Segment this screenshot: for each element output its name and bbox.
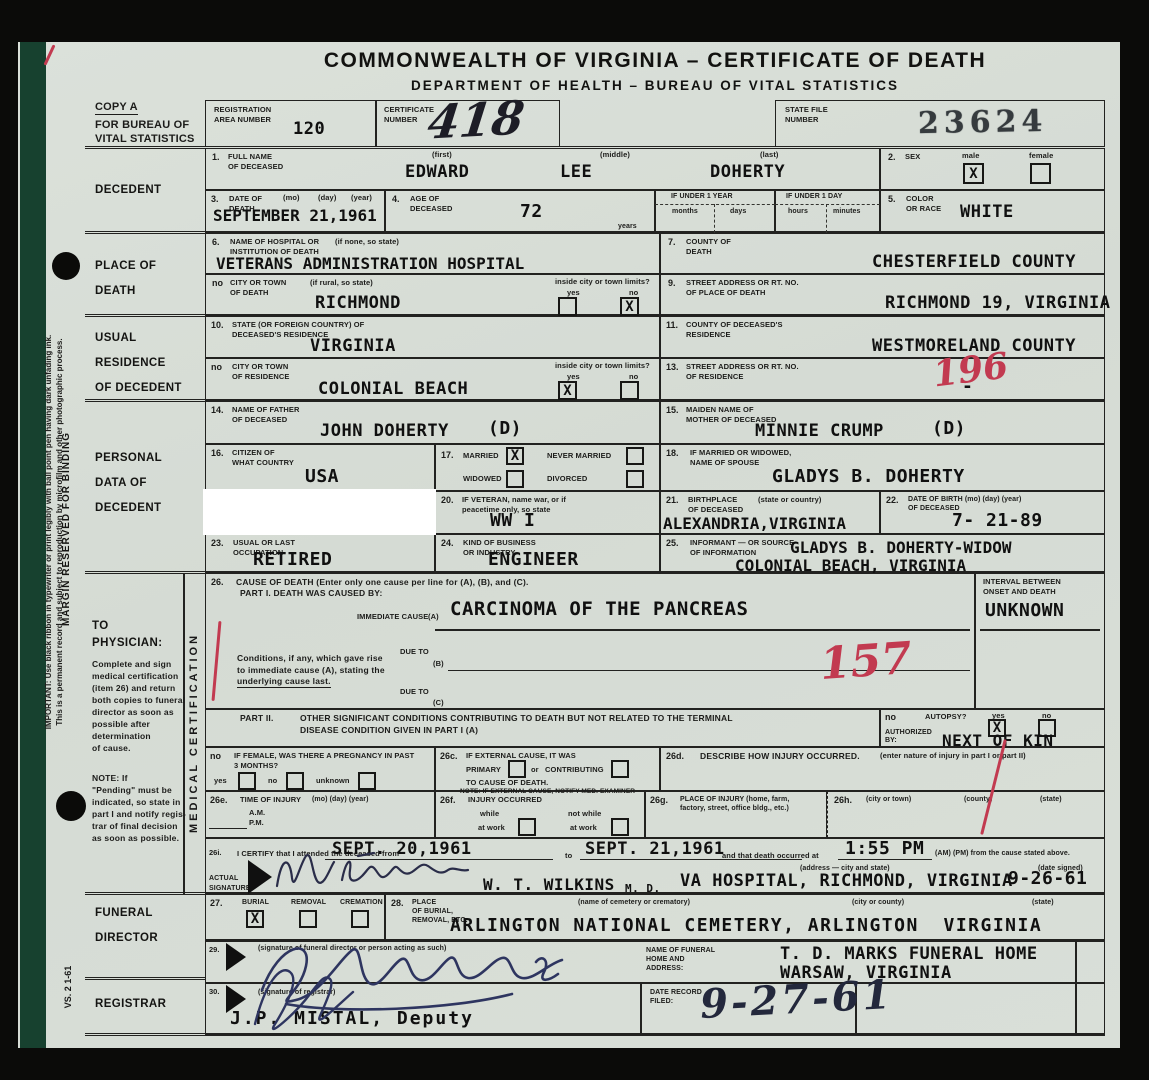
place-of-injury-label: PLACE OF INJURY (home, farm, factory, st… xyxy=(680,795,789,813)
field-17-number: 17. xyxy=(441,450,454,460)
field-22-number: 22. xyxy=(886,495,899,505)
citizen-label: CITIZEN OF WHAT COUNTRY xyxy=(232,448,294,467)
pregnancy-unknown-checkbox xyxy=(358,772,376,790)
female-checkbox xyxy=(1030,163,1051,184)
actual-signature-label: ACTUAL SIGNATURE xyxy=(209,874,251,893)
hours-label: hours xyxy=(788,207,808,217)
field-14-number: 14. xyxy=(211,405,224,415)
pregnancy-yes-checkbox xyxy=(238,772,256,790)
redaction-box xyxy=(203,489,436,535)
field-26b-number: no xyxy=(210,751,221,761)
certificate-title: COMMONWEALTH OF VIRGINIA – CERTIFICATE O… xyxy=(205,49,1105,72)
certificate-number-value: 418 xyxy=(426,97,527,142)
pregnancy-label: IF FEMALE, WAS THERE A PREGNANCY IN PAST… xyxy=(234,751,414,770)
informant-value: GLADYS B. DOHERTY-WIDOW xyxy=(790,539,1012,557)
cause-a-value: CARCINOMA OF THE PANCREAS xyxy=(450,600,748,618)
section-medical-certification: MEDICAL CERTIFICATION xyxy=(188,568,200,898)
field-11-number: 11. xyxy=(666,320,678,330)
under-1-day-label: IF UNDER 1 DAY xyxy=(786,192,842,202)
city-of-death-hint: (if rural, so state) xyxy=(310,278,373,288)
state-hint: (state) xyxy=(1032,898,1054,908)
field-12-number: no xyxy=(211,362,222,372)
removal-checkbox xyxy=(299,910,317,928)
dashed-rule xyxy=(655,204,775,206)
female-label: female xyxy=(1029,151,1053,161)
field-27-number: 27. xyxy=(210,898,223,908)
field-1-number: 1. xyxy=(212,152,220,162)
limits-yes-check-mark: X xyxy=(563,384,571,398)
date-box-left-divider xyxy=(640,983,642,1035)
state-file-value: 23624 xyxy=(918,107,1048,139)
authorized-by-value: NEXT OF KIN xyxy=(942,732,1053,750)
interval-rule xyxy=(980,629,1100,631)
male-checkbox: X xyxy=(963,163,984,184)
sex-label: SEX xyxy=(905,152,920,162)
first-name-value: EDWARD xyxy=(405,163,469,181)
certificate-subtitle: DEPARTMENT OF HEALTH – BUREAU OF VITAL S… xyxy=(205,78,1105,93)
married-label: MARRIED xyxy=(463,451,499,461)
copy-label: COPY A xyxy=(95,101,138,115)
first-hint: (first) xyxy=(432,150,452,160)
limits-no-check-mark: X xyxy=(625,300,633,314)
part-2-label: PART II. xyxy=(240,713,274,724)
years-label: years xyxy=(618,222,637,232)
at-work-label: at work xyxy=(478,823,505,833)
date-record-filed-value: 9-27-61 xyxy=(699,975,894,1025)
physician-signature xyxy=(272,846,482,896)
section-place-of-death: PLACE OF DEATH xyxy=(95,254,156,304)
rule xyxy=(85,1033,1105,1036)
field-9-number: 9. xyxy=(668,278,676,288)
limits-yes-checkbox-death xyxy=(558,297,577,316)
red-annotation-196: 196 xyxy=(931,349,1010,392)
death-certificate-scan: IMPORTANT: Use black ribbon in typewrite… xyxy=(0,0,1149,1080)
field-26a-number: no xyxy=(885,712,896,722)
to-word: to xyxy=(565,851,572,861)
father-name-value: JOHN DOHERTY xyxy=(320,422,449,440)
male-label: male xyxy=(962,151,980,161)
state-file-label: STATE FILE NUMBER xyxy=(785,105,828,124)
widowed-checkbox xyxy=(506,470,524,488)
rule xyxy=(85,977,205,980)
margin-binding-title: MARGIN RESERVED FOR BINDING xyxy=(61,379,73,679)
underlying-cause-note: underlying cause last. xyxy=(237,676,331,688)
mother-deceased-mark: (D) xyxy=(932,420,966,438)
city-of-death-value: RICHMOND xyxy=(315,294,401,312)
line-b-label: (B) xyxy=(433,659,444,669)
county-of-death-label: COUNTY OF DEATH xyxy=(686,237,731,256)
field-6-number: 6. xyxy=(212,237,220,247)
registration-box-divider xyxy=(375,100,377,147)
punch-hole-bottom xyxy=(56,791,86,821)
pm-label: P.M. xyxy=(249,818,264,828)
year-hint: (year) xyxy=(351,193,372,203)
not-while-label: not while xyxy=(568,809,601,819)
line-a-rule xyxy=(435,629,970,631)
last-name-value: DOHERTY xyxy=(710,163,785,181)
pregnancy-no-label: no xyxy=(268,776,277,786)
field-20-number: 20. xyxy=(441,495,454,505)
authorized-by-label: AUTHORIZED BY: xyxy=(885,729,932,745)
field-26f-number: 26f. xyxy=(440,795,456,805)
field-25-number: 25. xyxy=(666,538,679,548)
field-16-number: 16. xyxy=(211,448,224,458)
time-of-injury-label: TIME OF INJURY xyxy=(240,795,301,805)
rule-time xyxy=(838,859,932,860)
burial-label: BURIAL xyxy=(242,898,269,908)
rule xyxy=(85,399,1105,402)
autopsy-label: AUTOPSY? xyxy=(925,712,967,722)
field-26d-number: 26d. xyxy=(666,751,684,761)
married-check-mark: X xyxy=(511,449,519,463)
limits-no-checkbox-death: X xyxy=(620,297,639,316)
am-label: A.M. xyxy=(249,808,265,818)
business-value: ENGINEER xyxy=(488,551,579,569)
city-residence-label: CITY OR TOWN OF RESIDENCE xyxy=(232,362,289,381)
divorced-checkbox xyxy=(626,470,644,488)
field-4-number: 4. xyxy=(392,194,400,204)
father-deceased-mark: (D) xyxy=(488,420,522,438)
primary-label: PRIMARY xyxy=(466,765,501,775)
days-label: days xyxy=(730,207,746,217)
form-number: VS. 2 1-61 xyxy=(63,937,73,1037)
father-name-label: NAME OF FATHER OF DECEASED xyxy=(232,405,300,424)
field-2-number: 2. xyxy=(888,152,896,162)
middle-hint: (middle) xyxy=(600,150,630,160)
under-1-year-label: IF UNDER 1 YEAR xyxy=(671,192,733,202)
physician-name-typed: W. T. WILKINS xyxy=(483,876,615,894)
mo-hint: (mo) xyxy=(283,193,300,203)
informant-label: INFORMANT — OR SOURCE OF INFORMATION xyxy=(690,538,794,557)
interval-value: UNKNOWN xyxy=(985,602,1064,620)
spouse-value: GLADYS B. DOHERTY xyxy=(772,468,965,486)
immediate-cause-label: IMMEDIATE CAUSE xyxy=(357,612,428,622)
funeral-home-value: T. D. MARKS FUNERAL HOME xyxy=(780,945,1038,963)
county-of-death-value: CHESTERFIELD COUNTY xyxy=(872,253,1076,271)
part-2-text: OTHER SIGNIFICANT CONDITIONS CONTRIBUTIN… xyxy=(300,713,733,736)
time-of-injury-hints: (mo) (day) (year) xyxy=(312,795,369,805)
punch-hole-top xyxy=(52,252,80,280)
birthplace-value: ALEXANDRIA,VIRGINIA xyxy=(663,515,846,533)
date-signed-value: 9-26-61 xyxy=(1008,870,1087,888)
pregnancy-unknown-label: unknown xyxy=(316,776,350,786)
field-3-number: 3. xyxy=(211,194,219,204)
injury-state-hint: (state) xyxy=(1040,795,1062,805)
color-race-label: COLOR OR RACE xyxy=(906,194,941,213)
city-residence-value: COLONIAL BEACH xyxy=(318,380,468,398)
state-residence-value: VIRGINIA xyxy=(310,337,396,355)
cremation-label: CREMATION xyxy=(340,898,383,908)
injury-city-hint: (city or town) xyxy=(866,795,911,805)
city-county-hint: (city or county) xyxy=(852,898,904,908)
funeral-home-label: NAME OF FUNERAL HOME AND ADDRESS: xyxy=(646,946,715,973)
informant-address: COLONIAL BEACH, VIRGINIA xyxy=(735,557,966,575)
field-15-number: 15. xyxy=(666,405,679,415)
field-29-number: 29. xyxy=(209,945,219,955)
last-hint: (last) xyxy=(760,150,779,160)
rule xyxy=(85,146,1105,149)
registrar-signature xyxy=(235,956,375,1032)
attended-to-value: SEPT. 21,1961 xyxy=(585,840,725,858)
widowed-label: WIDOWED xyxy=(463,474,502,484)
signature-arrow-icon xyxy=(248,860,272,894)
primary-checkbox xyxy=(508,760,526,778)
red-annotation-157: 157 xyxy=(819,642,913,682)
field-13-number: 13. xyxy=(666,362,679,372)
field-26h-number: 26h. xyxy=(834,795,852,805)
registration-area-label: REGISTRATION AREA NUMBER xyxy=(214,105,271,124)
while-at-work-checkbox xyxy=(518,818,536,836)
physician-instructions: Complete and sign medical certification … xyxy=(92,658,185,754)
hospital-hint: (if none, so state) xyxy=(335,237,399,247)
never-married-checkbox xyxy=(626,447,644,465)
date-of-death-value: SEPTEMBER 21,1961 xyxy=(213,207,377,225)
limits-label-death: inside city or town limits? xyxy=(555,277,650,287)
field-21-number: 21. xyxy=(666,495,679,505)
physician-note: NOTE: If "Pending" must be indicated, so… xyxy=(92,772,186,844)
field-23-number: 23. xyxy=(211,538,224,548)
cause-of-death-header: CAUSE OF DEATH (Enter only one cause per… xyxy=(236,577,529,588)
street-residence-label: STREET ADDRESS OR RT. NO. OF RESIDENCE xyxy=(686,362,799,381)
limits-label-residence: inside city or town limits? xyxy=(555,361,650,371)
injury-description-label: DESCRIBE HOW INJURY OCCURRED. xyxy=(700,751,860,762)
injury-description-hint: (enter nature of injury in part I or par… xyxy=(880,751,1026,761)
date-of-birth-value: 7- 21-89 xyxy=(952,512,1043,530)
divorced-label: DIVORCED xyxy=(547,474,587,484)
street-of-death-label: STREET ADDRESS OR RT. NO. OF PLACE OF DE… xyxy=(686,278,799,297)
middle-name-value: LEE xyxy=(560,163,592,181)
certify-text-3: (AM) (PM) from the cause stated above. xyxy=(935,849,1095,859)
field-7-number: 7. xyxy=(668,237,676,247)
interval-label: INTERVAL BETWEEN ONSET AND DEATH xyxy=(983,577,1061,596)
limits-no-checkbox-residence xyxy=(620,381,639,400)
field-28-number: 28. xyxy=(391,898,404,908)
due-to-2-label: DUE TO xyxy=(400,687,429,697)
minutes-label: minutes xyxy=(833,207,861,217)
burial-checkbox: X xyxy=(246,910,264,928)
injury-occurred-label: INJURY OCCURRED xyxy=(468,795,542,805)
cremation-checkbox xyxy=(351,910,369,928)
rule xyxy=(85,231,1105,234)
due-to-1-label: DUE TO xyxy=(400,647,429,657)
never-married-label: NEVER MARRIED xyxy=(547,451,611,461)
not-at-work-label: at work xyxy=(570,823,597,833)
hours-minutes-divider xyxy=(826,204,827,233)
not-while-at-work-checkbox xyxy=(611,818,629,836)
male-check-mark: X xyxy=(969,167,977,181)
registration-area-value: 120 xyxy=(293,120,325,138)
hospital-value: VETERANS ADMINISTRATION HOSPITAL xyxy=(216,255,524,273)
death-time-value: 1:55 PM xyxy=(845,840,924,858)
field-26c-number: 26c. xyxy=(440,751,458,761)
pregnancy-no-checkbox xyxy=(286,772,304,790)
field-8-number: no xyxy=(212,278,223,288)
contributing-label: CONTRIBUTING xyxy=(545,765,604,775)
field-26-number: 26. xyxy=(211,577,224,587)
burial-check-mark: X xyxy=(251,912,259,926)
section-registrar: REGISTRAR xyxy=(95,992,166,1017)
mother-name-value: MINNIE CRUMP xyxy=(755,422,884,440)
day-hint: (day) xyxy=(318,193,336,203)
field-26g-number: 26g. xyxy=(650,795,668,805)
date-record-filed-label: DATE RECORD FILED: xyxy=(650,988,702,1006)
physician-md: M. D. xyxy=(625,880,661,898)
conditions-note: Conditions, if any, which gave rise to i… xyxy=(237,652,385,676)
age-label: AGE OF DECEASED xyxy=(410,194,452,213)
section-funeral-director: FUNERAL DIRECTOR xyxy=(95,901,158,951)
field-1-label: FULL NAME OF DECEASED xyxy=(228,152,283,171)
county-residence-label: COUNTY OF DECEASED'S RESIDENCE xyxy=(686,320,783,339)
time-rule xyxy=(209,828,247,829)
part-1-label: PART I. DEATH WAS CAUSED BY: xyxy=(240,588,383,599)
while-label: while xyxy=(480,809,499,819)
birthplace-label: BIRTHPLACE xyxy=(688,495,737,505)
age-value: 72 xyxy=(520,203,543,221)
months-days-divider xyxy=(714,204,715,233)
field-24-number: 24. xyxy=(441,538,454,548)
field-10-number: 10. xyxy=(211,320,224,330)
copy-for-label: FOR BUREAU OF VITAL STATISTICS xyxy=(95,118,195,146)
field-30-number: 30. xyxy=(209,987,219,997)
right-divider xyxy=(1075,941,1077,1035)
or-label: or xyxy=(531,765,539,775)
limits-yes-checkbox-residence: X xyxy=(558,381,577,400)
birthplace-hint: (state or country) xyxy=(758,495,821,505)
dashed-rule xyxy=(775,204,880,206)
pregnancy-yes-label: yes xyxy=(214,776,227,786)
rule xyxy=(85,314,1105,317)
veteran-value: WW I xyxy=(490,512,535,530)
spouse-label: IF MARRIED OR WIDOWED, NAME OF SPOUSE xyxy=(690,448,791,467)
removal-label: REMOVAL xyxy=(291,898,326,908)
city-of-death-label: CITY OR TOWN OF DEATH xyxy=(230,278,286,297)
line-a-label: (A) xyxy=(428,612,439,622)
color-race-value: WHITE xyxy=(960,203,1014,221)
certify-text-2: and that death occurred at xyxy=(722,851,819,861)
months-label: months xyxy=(672,207,698,217)
section-usual-residence: USUAL RESIDENCE OF DECEDENT xyxy=(95,326,182,401)
certificate-number-label: CERTIFICATE NUMBER xyxy=(384,105,434,124)
occupation-value: RETIRED xyxy=(253,551,332,569)
line-c-label: (C) xyxy=(433,698,444,708)
physician-address: VA HOSPITAL, RICHMOND, VIRGINIA xyxy=(680,872,1013,890)
street-of-death-value: RICHMOND 19, VIRGINIA xyxy=(885,294,1110,312)
field-18-number: 18. xyxy=(666,448,679,458)
cemetery-hint: (name of cemetery or crematory) xyxy=(578,898,690,908)
to-physician-label: TO PHYSICIAN: xyxy=(92,618,162,652)
section-personal-data: PERSONAL DATA OF DECEDENT xyxy=(95,446,162,521)
field-26i-number: 26i. xyxy=(209,848,222,858)
contributing-checkbox xyxy=(611,760,629,778)
married-checkbox: X xyxy=(506,447,524,465)
citizen-value: USA xyxy=(305,468,339,486)
field-5-number: 5. xyxy=(888,194,896,204)
field-26e-number: 26e. xyxy=(210,795,228,805)
section-decedent: DECEDENT xyxy=(95,178,161,203)
